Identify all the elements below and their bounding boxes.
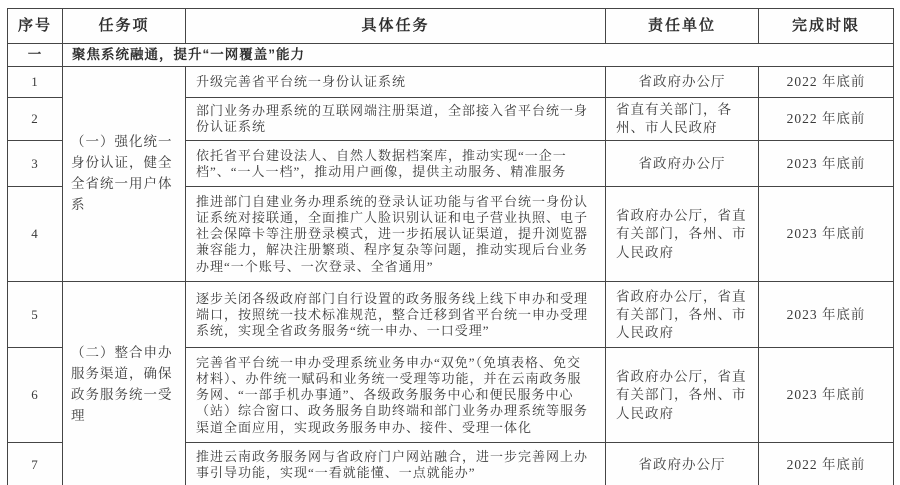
task-table: 序号 任务项 具体任务 责任单位 完成时限 一 聚焦系统融通，提升“一网覆盖”能… <box>7 8 894 485</box>
unit-cell: 省政府办公厅，省直有关部门，各州、市人民政府 <box>606 348 759 443</box>
row-number-cell: 5 <box>8 282 63 348</box>
document-page: 序号 任务项 具体任务 责任单位 完成时限 一 聚焦系统融通，提升“一网覆盖”能… <box>0 0 900 485</box>
unit-cell: 省直有关部门，各州、市人民政府 <box>606 98 759 141</box>
task-group-cell: （二）整合申办服务渠道，确保政务服务统一受理 <box>63 282 186 485</box>
deadline-cell: 2023 年底前 <box>759 141 894 187</box>
deadline-cell: 2023 年底前 <box>759 282 894 348</box>
unit-cell: 省政府办公厅 <box>606 67 759 98</box>
col-header-task-detail: 具体任务 <box>186 9 606 44</box>
table-row: 5 （二）整合申办服务渠道，确保政务服务统一受理 逐步关闭各级政府部门自行设置的… <box>8 282 894 348</box>
unit-cell: 省政府办公厅 <box>606 443 759 485</box>
row-number-cell: 6 <box>8 348 63 443</box>
task-detail-cell: 部门业务办理系统的互联网端注册渠道，全部接入省平台统一身份认证系统 <box>186 98 606 141</box>
deadline-cell: 2022 年底前 <box>759 98 894 141</box>
unit-cell: 省政府办公厅，省直有关部门，各州、市人民政府 <box>606 282 759 348</box>
task-detail-cell: 推进云南政务服务网与省政府门户网站融合，进一步完善网上办事引导功能，实现“一看就… <box>186 443 606 485</box>
deadline-cell: 2022 年底前 <box>759 443 894 485</box>
task-detail-cell: 依托省平台建设法人、自然人数据档案库，推动实现“一企一档”、“一人一档”，推动用… <box>186 141 606 187</box>
task-detail-cell: 推进部门自建业务办理系统的登录认证功能与省平台统一身份认证系统对接联通，全面推广… <box>186 187 606 282</box>
header-row: 序号 任务项 具体任务 责任单位 完成时限 <box>8 9 894 44</box>
unit-cell: 省政府办公厅 <box>606 141 759 187</box>
col-header-task-item: 任务项 <box>63 9 186 44</box>
row-number-cell: 4 <box>8 187 63 282</box>
row-number-cell: 3 <box>8 141 63 187</box>
col-header-deadline: 完成时限 <box>759 9 894 44</box>
section-row: 一 聚焦系统融通，提升“一网覆盖”能力 <box>8 44 894 67</box>
col-header-unit: 责任单位 <box>606 9 759 44</box>
row-number-cell: 1 <box>8 67 63 98</box>
section-title-cell: 聚焦系统融通，提升“一网覆盖”能力 <box>63 44 894 67</box>
deadline-cell: 2023 年底前 <box>759 348 894 443</box>
task-detail-cell: 升级完善省平台统一身份认证系统 <box>186 67 606 98</box>
deadline-cell: 2023 年底前 <box>759 187 894 282</box>
task-detail-cell: 逐步关闭各级政府部门自行设置的政务服务线上线下申办和受理端口，按照统一技术标准规… <box>186 282 606 348</box>
task-group-cell: （一）强化统一身份认证，健全全省统一用户体系 <box>63 67 186 282</box>
section-number-cell: 一 <box>8 44 63 67</box>
deadline-cell: 2022 年底前 <box>759 67 894 98</box>
row-number-cell: 7 <box>8 443 63 485</box>
table-row: 1 （一）强化统一身份认证，健全全省统一用户体系 升级完善省平台统一身份认证系统… <box>8 67 894 98</box>
col-header-seq: 序号 <box>8 9 63 44</box>
task-detail-cell: 完善省平台统一申办受理系统业务申办“双免”（免填表格、免交材料）、办件统一赋码和… <box>186 348 606 443</box>
unit-cell: 省政府办公厅，省直有关部门，各州、市人民政府 <box>606 187 759 282</box>
row-number-cell: 2 <box>8 98 63 141</box>
